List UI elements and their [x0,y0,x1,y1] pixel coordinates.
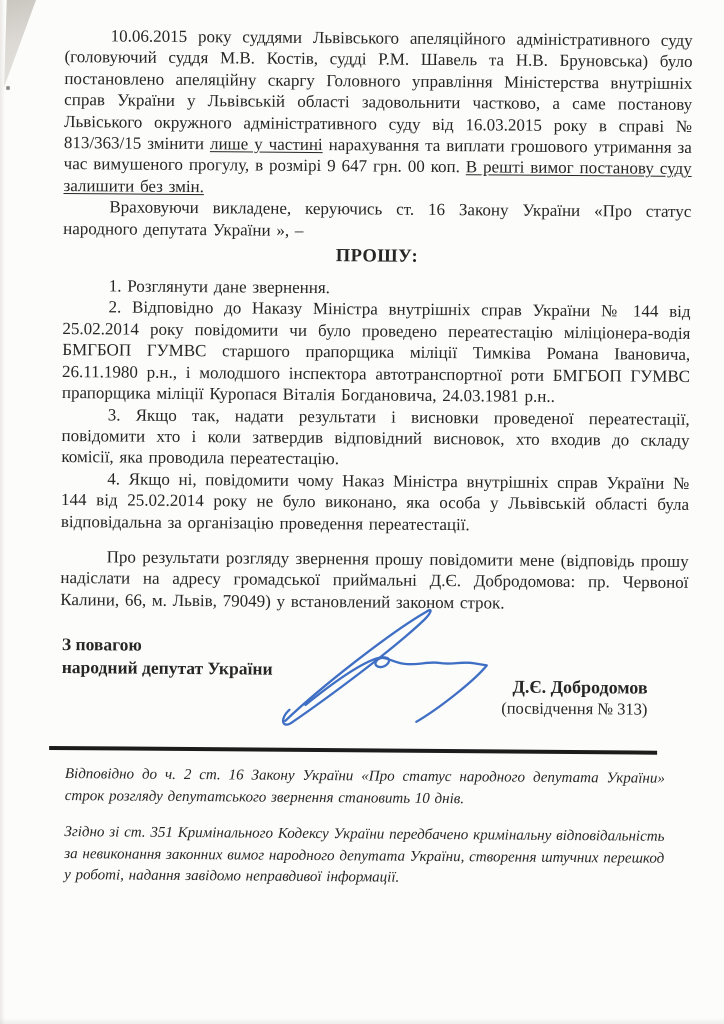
signatory-identity: Д.Є. Добродомов (посвідчення № 313) [501,676,648,720]
underlined-phrase-1: лише у частині [210,134,323,154]
handwritten-signature-ink [279,602,510,729]
scanner-edge-artifact [2,0,36,90]
signatory-title: народний депутат України [62,656,273,681]
intro-paragraph: 10.06.2015 року суддями Львівського апел… [63,25,692,201]
signature-salutation: З повагою народний депутат України [62,633,273,681]
document-body: 10.06.2015 року суддями Львівського апел… [58,25,693,892]
intro-text-1: 10.06.2015 року суддями Львівського апел… [64,26,693,153]
separator-line [49,746,657,755]
request-item-2: 2. Відповідно до Наказу Міністра внутріш… [62,296,691,408]
request-heading: ПРОШУ: [63,243,691,270]
signature-block: З повагою народний депутат України Д.Є. … [59,610,688,727]
signatory-credential: (посвідчення № 313) [501,698,647,720]
document-rotation-wrapper: 10.06.2015 року суддями Львівського апел… [0,0,724,5]
signatory-name: Д.Є. Добродомов [501,676,647,699]
request-item-3: 3. Якщо так, надати результати і висновк… [61,404,689,473]
footnote-liability: Згідно зі ст. 351 Кримінального Кодексу … [64,822,664,891]
request-item-4: 4. Якщо ні, повідомити чому Наказ Мініст… [61,468,689,537]
salutation-line: З повагою [62,633,273,658]
footnote-term: Відповідно до ч. 2 ст. 16 Закону України… [65,764,665,812]
signature-stroke-flourish [305,657,486,723]
scan-speck [6,86,10,90]
scanned-document-page: 10.06.2015 року суддями Львівського апел… [0,0,724,1024]
legal-basis-paragraph: Враховуючи викладене, керуючись ст. 16 З… [63,196,691,244]
